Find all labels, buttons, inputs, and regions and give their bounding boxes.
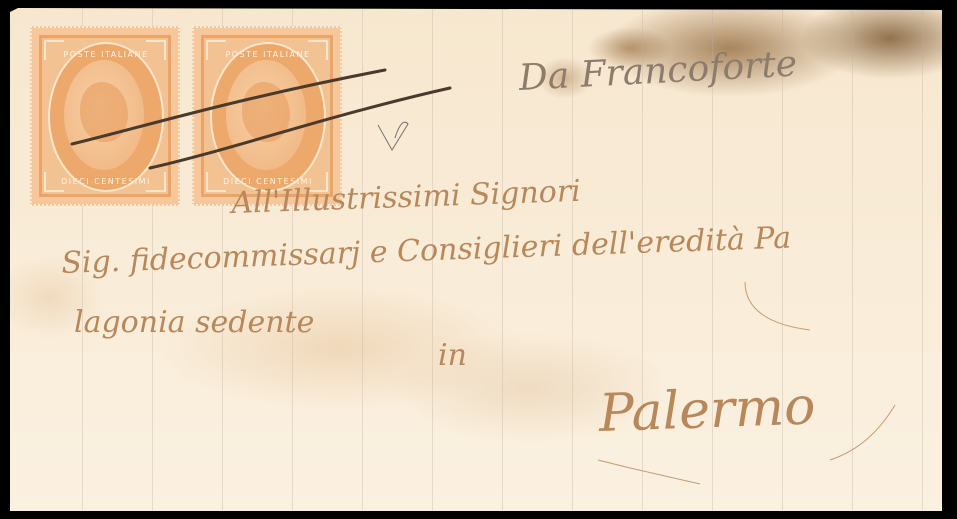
- paper-ruling-line: [852, 8, 853, 511]
- stamp-pair: POSTE ITALIANE DIECI CENTESIMI POSTE ITA…: [30, 26, 346, 206]
- address-line-4: in: [438, 338, 467, 373]
- stamp-bottom-text: DIECI CENTESIMI: [50, 177, 162, 186]
- portrait-head-icon: [80, 82, 128, 142]
- stamp-oval: POSTE ITALIANE DIECI CENTESIMI: [210, 42, 326, 192]
- stamp-portrait: [64, 60, 144, 170]
- stamp-left: POSTE ITALIANE DIECI CENTESIMI: [30, 26, 180, 206]
- stamp-right: POSTE ITALIANE DIECI CENTESIMI: [192, 26, 342, 206]
- stamp-portrait: [226, 60, 306, 170]
- paper-ruling-line: [922, 8, 923, 511]
- stamp-top-text: POSTE ITALIANE: [212, 50, 324, 59]
- address-line-3: lagonia sedente: [74, 305, 314, 340]
- stamp-top-text: POSTE ITALIANE: [50, 50, 162, 59]
- destination-city: Palermo: [598, 376, 816, 444]
- portrait-head-icon: [242, 82, 290, 142]
- stamp-oval: POSTE ITALIANE DIECI CENTESIMI: [48, 42, 164, 192]
